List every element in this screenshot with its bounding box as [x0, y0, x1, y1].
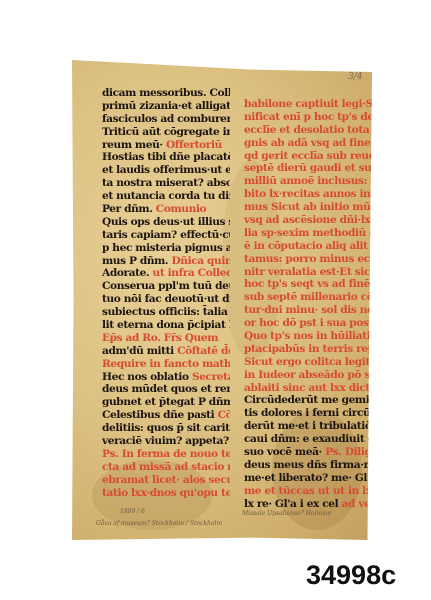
- text-line: septē dierū gaudi et sub septem: [244, 162, 372, 175]
- text-line: me et tūccas ut ut in lxxx: [244, 485, 372, 498]
- right-column: babilone captiuit legi·Sigunificat enī p…: [244, 98, 372, 511]
- text-line: veraciē viuim? appeta? P d.: [102, 435, 230, 448]
- text-line: suo vocē meā· Ps. Diligā te dñe: [244, 446, 372, 459]
- text-line: milliū annoē inclusus: lx ecc: [244, 175, 372, 188]
- left-column: dicam messoribus. Colligiteprimū zizania…: [102, 87, 230, 500]
- text-line: caui dñm: e exaudiuit de tēplo scō: [244, 433, 372, 446]
- text-line: tatio lxx·dnos qu'opu ter: [102, 487, 230, 500]
- text-line: lia sp·sexim methodiū sputat: [244, 227, 372, 240]
- text-line: Hec nos oblatio Secreta: [102, 371, 230, 384]
- text-line: deus meus dñs firma·me·et refu: [244, 459, 372, 472]
- text-line: Quis ops deus·ut illius salu: [102, 216, 230, 229]
- text-line: reum meū· Offertoriū: [102, 139, 230, 152]
- text-line: lit eterna dona p̄cipiat P d.: [102, 319, 230, 332]
- text-line: qd gerit ecclīa sub reuolutōe: [244, 150, 372, 163]
- text-line: Adorate. ut infra Collecta: [102, 267, 230, 280]
- text-line: et nutancia corda tu dirigas·: [102, 190, 230, 203]
- text-line: ptacipabūs in terris reploray: [244, 343, 372, 356]
- text-line: bito lx·recitas annos intellige: [244, 188, 372, 201]
- text-line: ebramat licet· alos secunda: [102, 474, 230, 487]
- text-line: ta nostra miserat? absoluas:: [102, 177, 230, 190]
- text-line: Circūdederūt me gemit' mor: [244, 394, 372, 407]
- text-line: subiectus officiis: t̄alia viri: [102, 306, 230, 319]
- text-line: tis dolores i ferni circūde: [244, 407, 372, 420]
- pencil-note-right: Missale Upsaliense? Holmiae: [242, 510, 331, 517]
- text-line: me·et liberato? me· Gl'a Ps dñe: [244, 472, 372, 485]
- text-line: lx re· Gl'a i ex cel ad vespas lx: [244, 498, 372, 511]
- text-line: in Iudeor abseādo pō seducti: [244, 369, 372, 382]
- text-line: babilone captiuit legi·Sigu: [244, 98, 372, 111]
- text-line: et laudis offerimus·ut et delic: [102, 164, 230, 177]
- text-line: Celestibus dñe pasti Cōpl: [102, 409, 230, 422]
- text-line: ē in cōputacio aliq alit cōpu: [244, 240, 372, 253]
- text-line: fasciculos ad comburendum: [102, 113, 230, 126]
- text-line: ablaiti sinc aut lxx dicti Off: [244, 382, 372, 395]
- text-line: p hec misteria pignus accepi: [102, 242, 230, 255]
- text-line: dicam messoribus. Colligite: [102, 87, 230, 100]
- text-line: tuo nōi fac deuotū·ut diuinis: [102, 293, 230, 306]
- text-line: sub septē millenario cōputat: [244, 291, 372, 304]
- page-mark: 3/4: [348, 72, 362, 82]
- text-line: Triticū aūt cōgregate in hor: [102, 126, 230, 139]
- text-line: tamus: porro minus ecclē: [244, 253, 372, 266]
- text-line: Ps. In ferma de nouo terciola: [102, 448, 230, 461]
- text-line: hoc tp's seqt vs ad finē iffir: [244, 278, 372, 291]
- text-line: Per dñm. Comunio: [102, 203, 230, 216]
- text-line: derūt me·et i tribulatiōe meā inuo: [244, 420, 372, 433]
- text-line: or hoc dō pst i sua posuit intro: [244, 317, 372, 330]
- text-line: primū zizania·et alligate ea i: [102, 100, 230, 113]
- text-line: adm'dū mitti Cōftatē d̄o: [102, 345, 230, 358]
- text-line: gubnet et p̄tegat P dñm: [102, 396, 230, 409]
- text-line: Sicut ergo colitca legit sic ta: [244, 356, 372, 369]
- text-line: delitiis: quos p̄ sit caritez y que: [102, 422, 230, 435]
- text-line: ecclīe et desolatio tota humani: [244, 124, 372, 137]
- text-line: nitr veralatia est·Et sic qr: [244, 266, 372, 279]
- pencil-number: 1899 / 6: [120, 508, 145, 515]
- text-line: vsq ad ascēsione dñi·lxx mil: [244, 214, 372, 227]
- pencil-note-left: Gåva af museum? Stockholm / Stockholm: [96, 520, 222, 527]
- text-line: Conserua ppl'm tuū deus·et: [102, 280, 230, 293]
- text-line: mus Sicut ab initio mūdi: [244, 201, 372, 214]
- inventory-number: 34998c: [306, 560, 396, 591]
- text-line: deus mūdet quos et renouet et: [102, 383, 230, 396]
- text-line: Require in fancto mathia: [102, 358, 230, 371]
- text-line: taris capiam? effectū·cuius: [102, 229, 230, 242]
- manuscript-leaf: 3/4 dicam messoribus. Colligiteprimū ziz…: [72, 60, 372, 540]
- text-line: nificat enī p hoc tp's deuiatio: [244, 111, 372, 124]
- text-line: mus P dñm. Dñica quinta: [102, 255, 230, 268]
- text-line: cta ad missā ad stacio matris: [102, 461, 230, 474]
- text-line: gnis ab adā vsq ad fine mūdi:: [244, 137, 372, 150]
- text-line: Ep̄s ad Ro. Fr̄s Quem: [102, 332, 230, 345]
- text-line: Hostias tibi dñe placatōnis: [102, 151, 230, 164]
- text-line: tur·dni minu· sol dis neni: [244, 304, 372, 317]
- text-line: Quo tp's nos in hūiliatio te: [244, 330, 372, 343]
